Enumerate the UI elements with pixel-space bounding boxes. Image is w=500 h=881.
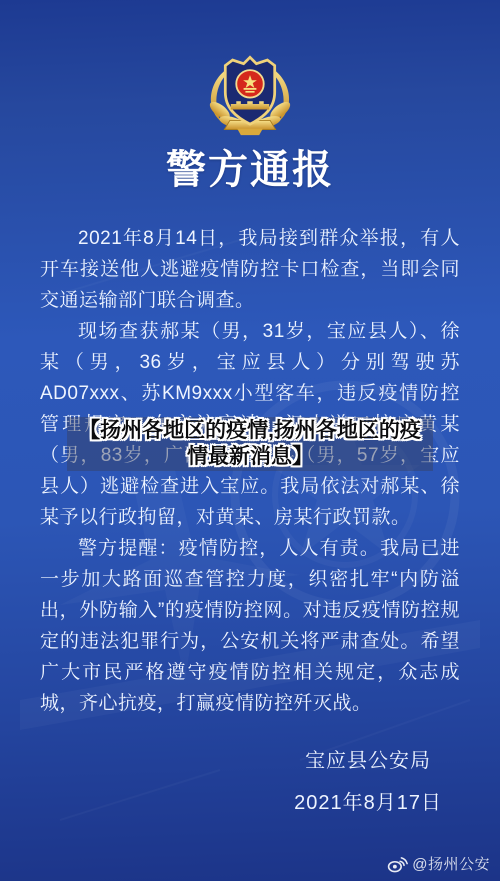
agency-name: 宝应县公安局: [294, 744, 442, 773]
signature-block: 宝应县公安局 2021年8月17日: [294, 744, 442, 815]
caption-overlay: 【扬州各地区的疫情,扬州各地区的疫情最新消息】: [67, 417, 433, 471]
police-emblem-icon: [192, 50, 308, 136]
notice-paragraph-1: 2021年8月14日，我局接到群众举报，有人开车接送他人逃避疫情防控卡口检查，当…: [40, 223, 460, 316]
weibo-icon: [387, 855, 408, 873]
notice-date: 2021年8月17日: [294, 786, 442, 815]
notice-paragraph-3: 警方提醒：疫情防控，人人有责。我局已进一步加大路面巡查管控力度，织密扎牢“内防溢…: [40, 533, 460, 719]
poster-title: 警方通报: [0, 138, 500, 195]
weibo-handle: @扬州公安: [412, 853, 490, 874]
weibo-watermark: @扬州公安: [387, 853, 490, 874]
notice-body: 2021年8月14日，我局接到群众举报，有人开车接送他人逃避疫情防控卡口检查，当…: [40, 223, 460, 719]
police-notice-poster: 警方通报 2021年8月14日，我局接到群众举报，有人开车接送他人逃避疫情防控卡…: [0, 0, 500, 881]
caption-text: 【扬州各地区的疫情,扬州各地区的疫情最新消息】: [71, 418, 429, 470]
